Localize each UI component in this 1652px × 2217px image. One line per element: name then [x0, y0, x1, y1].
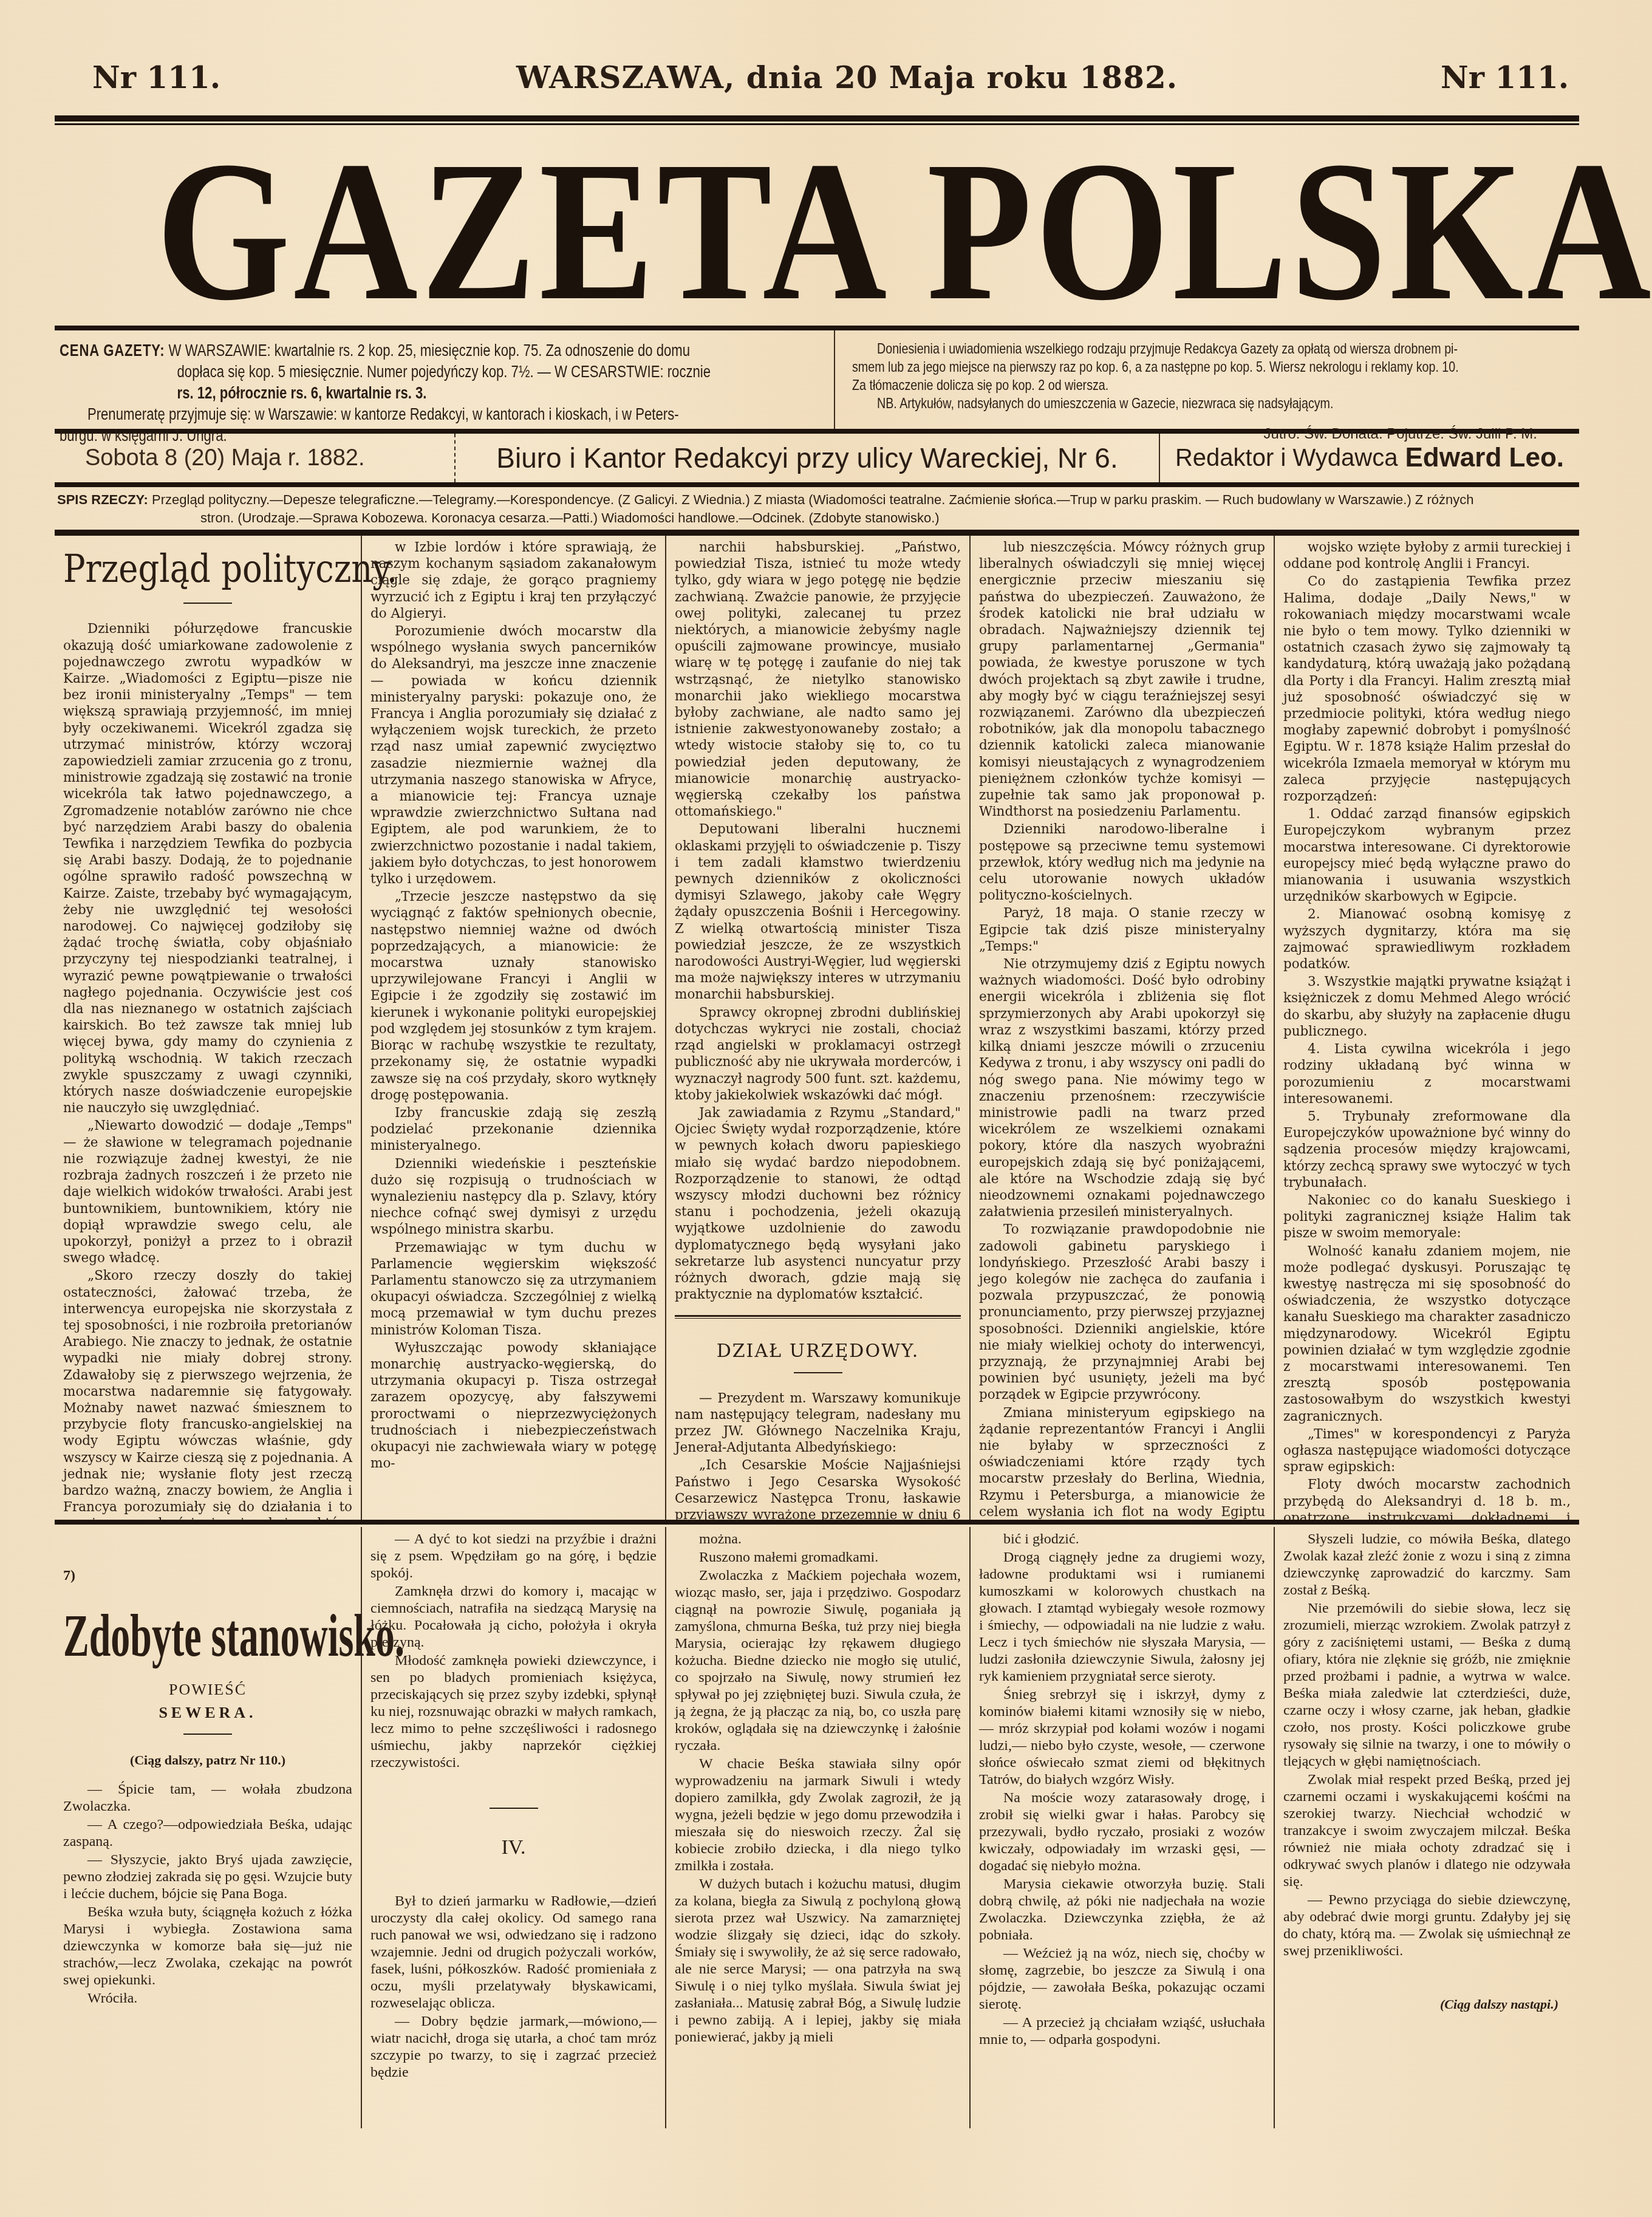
- editor-name: Edward Leo.: [1405, 443, 1564, 473]
- column-5: wojsko wzięte byłoby z armii tureckiej i…: [1275, 536, 1579, 1520]
- article-body: narchii habsburskiej. „Państwo, powiedzi…: [675, 539, 961, 1303]
- paragraph: Był to dzień jarmarku w Radłowie,—dzień …: [370, 1893, 657, 2012]
- paragraph: — Słyszycie, jakto Bryś ujada zawzięcie,…: [63, 1851, 352, 1902]
- paragraph: bić i głodzić.: [979, 1531, 1265, 1548]
- newspaper-title: GAZETA POLSKA.: [156, 125, 1478, 326]
- toc-line-2: stron. (Urodzaje.—Sprawa Kobozewa. Koron…: [200, 510, 940, 525]
- continuation-note: (Ciąg dalszy, patrz Nr 110.): [63, 1752, 352, 1769]
- article-body: lub nieszczęścia. Mówcy różnych grup lib…: [979, 539, 1265, 1520]
- to-be-continued: (Ciąg dalszy nastąpi.): [1283, 1996, 1571, 2013]
- paragraph: Nie przemówili do siebie słowa, lecz się…: [1283, 1600, 1571, 1770]
- column-1: Przegląd polityczny. Dzienniki półurzędo…: [55, 536, 362, 1520]
- paragraph: „Times" w korespondencyi z Paryża ogłasz…: [1283, 1426, 1571, 1476]
- office-address: Biuro i Kantor Redakcyi przy ulicy Warec…: [456, 434, 1160, 482]
- issue-number-left: Nr 111.: [92, 60, 220, 95]
- column-4: lub nieszczęścia. Mówcy różnych grup lib…: [971, 536, 1275, 1520]
- paragraph: Zwolak miał respekt przed Beśką, przed j…: [1283, 1771, 1571, 1890]
- article-body: Dzienniki półurzędowe francuskie okazują…: [63, 621, 352, 1520]
- paragraph: Porozumienie dwóch mocarstw dla wspólneg…: [370, 623, 657, 887]
- toc-label: SPIS RZECZY:: [57, 492, 148, 507]
- feuilleton-column-3: można.Ruszono małemi gromadkami.Zwolaczk…: [666, 1527, 971, 2128]
- paragraph: Wróciła.: [63, 1990, 352, 2007]
- divider: [183, 603, 232, 604]
- paragraph: można.: [675, 1531, 961, 1548]
- paragraph: 5. Trybunały zreformowane dla Europejczy…: [1283, 1108, 1571, 1191]
- paragraph: Dzienniki wiedeńskie i peszteńskie dużo …: [370, 1156, 657, 1238]
- feuilleton-column-4: bić i głodzić.Drogą ciągnęły jedne za dr…: [971, 1527, 1275, 2128]
- story-body: — A dyć to kot siedzi na przyźbie i draż…: [370, 1531, 657, 1771]
- paragraph: 4. Lista cywilna wicekróla i jego rodzin…: [1283, 1041, 1571, 1107]
- paragraph: Dzienniki narodowo-liberalne i postępowe…: [979, 821, 1265, 904]
- pricing-line-3: rs. 12, półrocznie rs. 6, kwartalnie rs.…: [177, 384, 427, 402]
- paragraph: — Prezydent m. Warszawy komunikuje nam n…: [675, 1390, 961, 1457]
- paragraph: Ruszono małemi gromadkami.: [675, 1549, 961, 1566]
- paragraph: Na moście wozy zatarasowały drogę, i zro…: [979, 1789, 1265, 1874]
- story-body: Słyszeli ludzie, co mówiła Beśka, dlateg…: [1283, 1531, 1571, 1959]
- paragraph: Nie otrzymujemy dziś z Egiptu nowych waż…: [979, 956, 1265, 1220]
- article-body: w Izbie lordów i które sprawiają, że nas…: [370, 539, 657, 1472]
- paragraph: Śnieg srebrzył się i iskrzył, dymy z kom…: [979, 1686, 1265, 1788]
- editor-block: Redaktor i Wydawca Edward Leo.: [1160, 434, 1579, 482]
- table-of-contents: SPIS RZECZY: Przegląd polityczny.—Depesz…: [55, 487, 1579, 536]
- notices-block: Doniesienia i uwiadomienia wszelkiego ro…: [835, 330, 1598, 429]
- news-columns: Przegląd polityczny. Dzienniki półurzędo…: [55, 536, 1579, 1520]
- paragraph: Beśka wzuła buty, ściągnęła kożuch z łóż…: [63, 1904, 352, 1989]
- paragraph: wojsko wzięte byłoby z armii tureckiej i…: [1283, 539, 1571, 572]
- paragraph: Izby francuskie zdają się zeszłą podziel…: [370, 1105, 657, 1155]
- dateline-bar: Nr 111. WARSZAWA, dnia 20 Maja roku 1882…: [49, 49, 1585, 115]
- paragraph: Zwolaczka z Maćkiem pojechała wozem, wio…: [675, 1567, 961, 1754]
- official-notice-body: — Prezydent m. Warszawy komunikuje nam n…: [675, 1390, 961, 1520]
- paragraph: — A przecież ją chciałam wziąść, usłucha…: [979, 2014, 1265, 2048]
- paragraph: narchii habsburskiej. „Państwo, powiedzi…: [675, 539, 961, 820]
- paragraph: „Niewarto dowodzić — dodaje „Temps" — że…: [63, 1118, 352, 1266]
- editor-label: Redaktor i Wydawca: [1175, 445, 1398, 472]
- chapter-number: IV.: [370, 1839, 657, 1856]
- story-body: Był to dzień jarmarku w Radłowie,—dzień …: [370, 1893, 657, 2081]
- paragraph: Wolność kanału zdaniem mojem, nie może p…: [1283, 1243, 1571, 1425]
- notices-line-1: Doniesienia i uwiadomienia wszelkiego ro…: [877, 341, 1458, 357]
- paragraph: 1. Oddać zarząd finansów egipskich Europ…: [1283, 806, 1571, 905]
- subscription-line-1: Prenumeratę przyjmuje się: w Warszawie: …: [87, 405, 679, 423]
- dateline: WARSZAWA, dnia 20 Maja roku 1882.: [516, 60, 1178, 95]
- feuilleton-column-1: 7) Zdobyte stanowisko. POWIEŚĆ SEWERA. (…: [55, 1527, 362, 2128]
- toc-line-1: Przegląd polityczny.—Depesze telegraficz…: [152, 492, 1473, 507]
- paragraph: „Skoro rzeczy doszły do takiej ostateczn…: [63, 1268, 352, 1520]
- divider: [490, 1808, 538, 1809]
- feuilleton-rule: [55, 1520, 1579, 1527]
- pricing-line-1: W WARSZAWIE: kwartalnie rs. 2 kop. 25, m…: [169, 341, 690, 360]
- paragraph: — Weźcież ją na wóz, niech się, choćby w…: [979, 1945, 1265, 2013]
- paragraph: 2. Mianować osobną komisyę z wyższych dy…: [1283, 906, 1571, 972]
- story-body: można.Ruszono małemi gromadkami.Zwolaczk…: [675, 1531, 961, 2046]
- section-divider: [675, 1315, 961, 1319]
- paragraph: W chacie Beśka stawiała silny opór wypro…: [675, 1755, 961, 1874]
- section-heading-przeglad: Przegląd polityczny.: [63, 548, 309, 590]
- feuilleton-title: Zdobyte stanowisko.: [63, 1602, 248, 1669]
- paragraph: w Izbie lordów i które sprawiają, że nas…: [370, 539, 657, 622]
- paragraph: Dzienniki półurzędowe francuskie okazują…: [63, 621, 352, 1116]
- newspaper-page: Nr 111. WARSZAWA, dnia 20 Maja roku 1882…: [49, 49, 1585, 2128]
- paragraph: — Śpicie tam, — wołała zbudzona Zwolaczk…: [63, 1781, 352, 1815]
- paragraph: — A dyć to kot siedzi na przyźbie i draż…: [370, 1531, 657, 1582]
- paragraph: To rozwiązanie prawdopodobnie nie zadowo…: [979, 1221, 1265, 1403]
- paragraph: Deputowani liberalni hucznemi oklaskami …: [675, 821, 961, 1003]
- paragraph: 3. Wszystkie majątki prywatne książąt i …: [1283, 974, 1571, 1040]
- paragraph: Floty dwóch mocarstw zachodnich przybędą…: [1283, 1477, 1571, 1520]
- paragraph: Paryż, 18 maja. O stanie rzeczy w Egipci…: [979, 905, 1265, 955]
- paragraph: Słyszeli ludzie, co mówiła Beśka, dlateg…: [1283, 1531, 1571, 1599]
- feuilleton-column-2: — A dyć to kot siedzi na przyźbie i draż…: [362, 1527, 666, 2128]
- feuilleton-column-5: Słyszeli ludzie, co mówiła Beśka, dlateg…: [1275, 1527, 1579, 2128]
- paragraph: „Ich Cesarskie Moście Najjaśniejsi Państ…: [675, 1457, 961, 1520]
- pricing-block: CENA GAZETY: W WARSZAWIE: kwartalnie rs.…: [55, 330, 835, 429]
- paragraph: Sprawcy okropnej zbrodni dublińskiej dot…: [675, 1005, 961, 1104]
- divider: [183, 1734, 232, 1735]
- pricing-label: CENA GAZETY:: [60, 341, 165, 360]
- paragraph: — Pewno przyciąga do siebie dziewczynę, …: [1283, 1891, 1571, 1959]
- notices-line-3: Za tłómaczenie dolicza się po kop. 2 od …: [852, 377, 1108, 394]
- paragraph: Młodość zamknęła powieki dziewczynce, i …: [370, 1652, 657, 1771]
- paragraph: Zmiana ministeryum egipskiego na żądanie…: [979, 1405, 1265, 1520]
- notices-nb: NB. Artykułów, nadsyłanych do umieszczen…: [877, 395, 1333, 412]
- issue-number-right: Nr 111.: [1441, 60, 1569, 95]
- paragraph: Marysia ciekawie otworzyła buzię. Stali …: [979, 1876, 1265, 1944]
- paragraph: Przemawiając w tym duchu w Parlamencie w…: [370, 1240, 657, 1339]
- paragraph: Jak zawiadamia z Rzymu „Standard," Ojcie…: [675, 1105, 961, 1303]
- paragraph: Co do zastąpienia Tewfika przez Halima, …: [1283, 573, 1571, 805]
- section-heading-dzial-urzedowy: DZIAŁ URZĘDOWY.: [675, 1343, 961, 1359]
- feuilleton-author: SEWERA.: [63, 1704, 352, 1721]
- paragraph: — Dobry będzie jarmark,—mówiono,—wiatr n…: [370, 2013, 657, 2081]
- story-body: bić i głodzić.Drogą ciągnęły jedne za dr…: [979, 1531, 1265, 2048]
- paragraph: Drogą ciągnęły jedne za drugiemi wozy, ł…: [979, 1549, 1265, 1685]
- feuilleton-genre: POWIEŚĆ: [63, 1681, 352, 1698]
- subscription-line-2: burgu: w księgarni J. Ungra.: [60, 426, 227, 445]
- paragraph: „Trzecie jeszcze następstwo da się wycią…: [370, 889, 657, 1104]
- paragraph: — A czego?—odpowiedziała Beśka, udając z…: [63, 1816, 352, 1850]
- pricing-line-2: dopłaca się kop. 5 miesięcznie. Numer po…: [177, 363, 711, 381]
- paragraph: Wyłuszczając powody skłaniające monarchi…: [370, 1340, 657, 1472]
- divider: [794, 1372, 842, 1373]
- column-3: narchii habsburskiej. „Państwo, powiedzi…: [666, 536, 971, 1520]
- paragraph: Zamknęła drzwi do komory i, macając w ci…: [370, 1583, 657, 1651]
- paragraph: Nakoniec co do kanału Sueskiego i polity…: [1283, 1192, 1571, 1242]
- paragraph: lub nieszczęścia. Mówcy różnych grup lib…: [979, 539, 1265, 820]
- installment-number: 7): [63, 1567, 352, 1584]
- feuilleton-columns: 7) Zdobyte stanowisko. POWIEŚĆ SEWERA. (…: [55, 1527, 1579, 2128]
- story-body: — Śpicie tam, — wołała zbudzona Zwolaczk…: [63, 1781, 352, 2007]
- article-body: wojsko wzięte byłoby z armii tureckiej i…: [1283, 539, 1571, 1520]
- notices-line-2: smem lub za jego miejsce na pierwszy raz…: [852, 359, 1459, 375]
- paragraph: W dużych butach i kożuchu matusi, długim…: [675, 1876, 961, 2046]
- office-row: Sobota 8 (20) Maja r. 1882. Biuro i Kant…: [55, 429, 1579, 487]
- column-2: w Izbie lordów i które sprawiają, że nas…: [362, 536, 666, 1520]
